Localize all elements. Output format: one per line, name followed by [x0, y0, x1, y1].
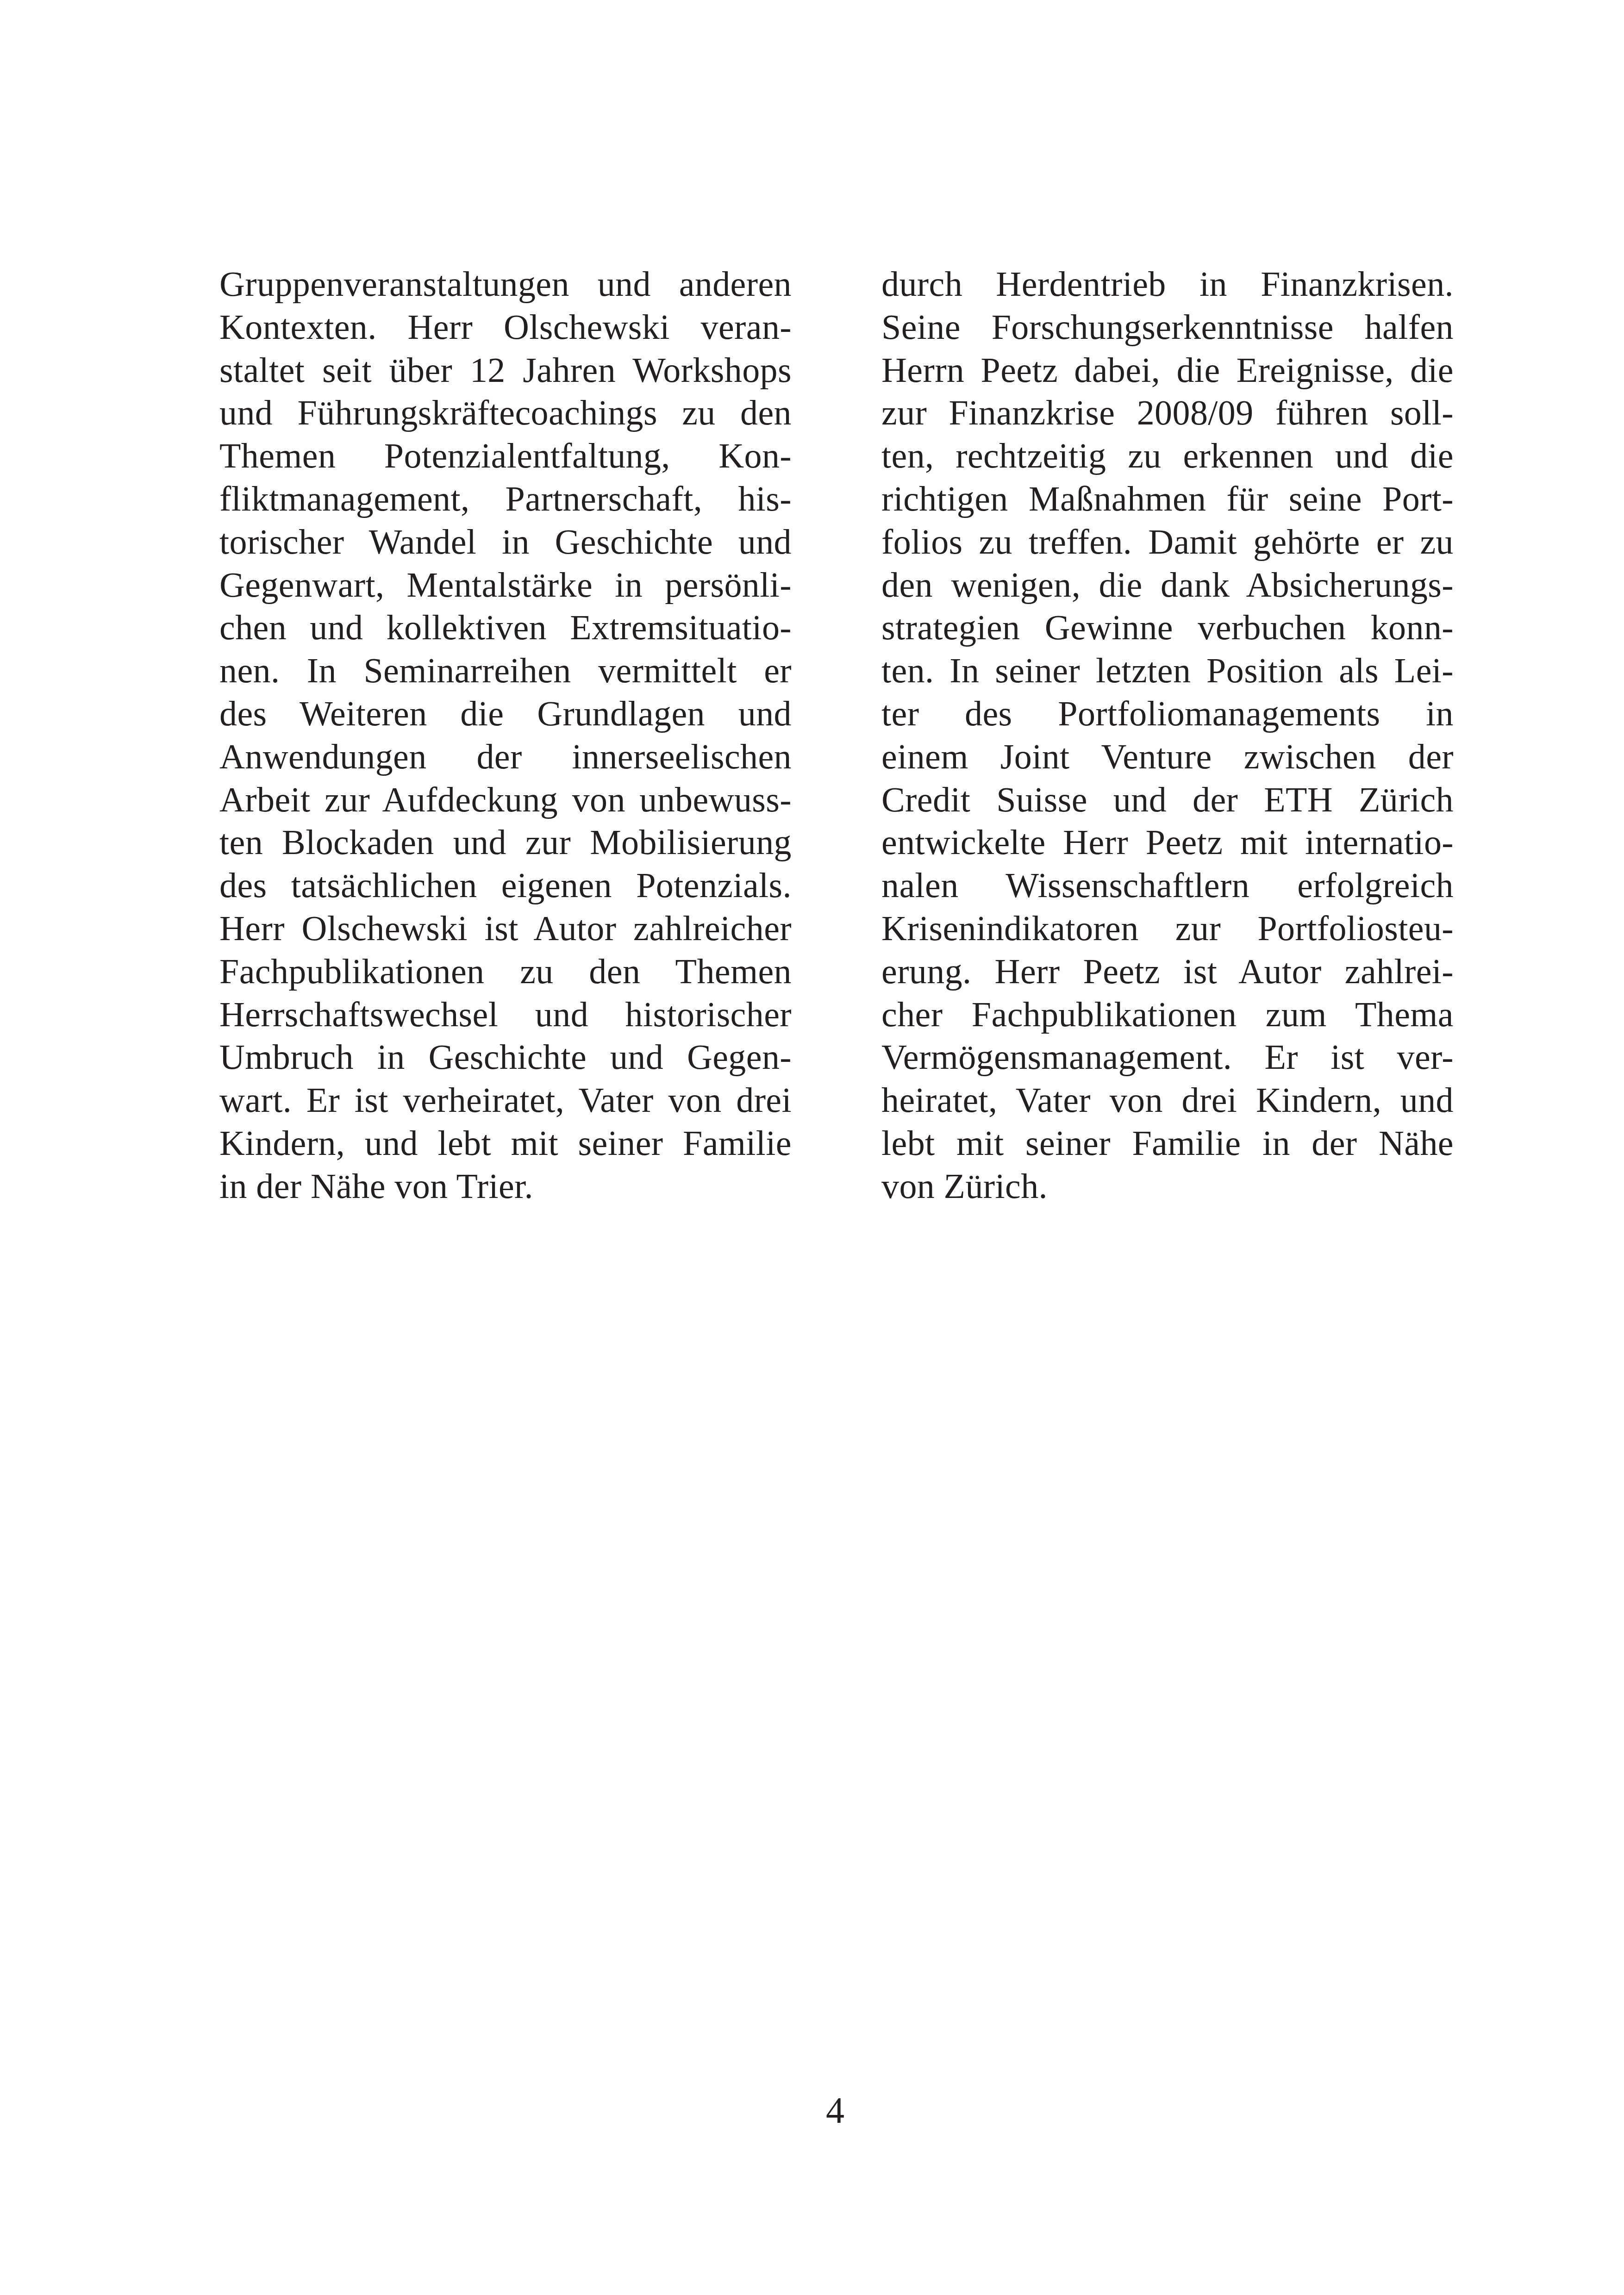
- text-line: erung. Herr Peetz ist Autor zahlrei-: [881, 950, 1454, 993]
- text-line-last: von Zürich.: [881, 1165, 1454, 1208]
- text-line: Umbruch in Geschichte und Gegen-: [219, 1036, 792, 1079]
- text-line: Herrn Peetz dabei, die Ereignisse, die: [881, 349, 1454, 392]
- text-line: Herrschaftswechsel und historischer: [219, 993, 792, 1036]
- text-line: und Führungskräftecoachings zu den: [219, 392, 792, 435]
- text-line: lebt mit seiner Familie in der Nähe: [881, 1122, 1454, 1165]
- text-line: zur Finanzkrise 2008/09 führen soll-: [881, 392, 1454, 435]
- text-line: cher Fachpublikationen zum Thema: [881, 993, 1454, 1036]
- text-line: den wenigen, die dank Absicherungs-: [881, 564, 1454, 607]
- text-line: fliktmanagement, Partnerschaft, his-: [219, 478, 792, 521]
- text-line: ten. In seiner letzten Position als Lei-: [881, 649, 1454, 692]
- text-line: Kontexten. Herr Olschewski veran-: [219, 306, 792, 349]
- text-line: nen. In Seminarreihen vermittelt er: [219, 649, 792, 692]
- text-line: Gruppenveranstaltungen und anderen: [219, 263, 792, 306]
- text-line: richtigen Maßnahmen für seine Port-: [881, 478, 1454, 521]
- text-line: strategien Gewinne verbuchen konn-: [881, 606, 1454, 649]
- text-line: Fachpublikationen zu den Themen: [219, 950, 792, 993]
- document-page: Gruppenveranstaltungen und anderen Konte…: [0, 0, 1624, 2295]
- text-column-left: Gruppenveranstaltungen und anderen Konte…: [219, 263, 792, 1208]
- text-line: entwickelte Herr Peetz mit internatio-: [881, 821, 1454, 864]
- text-line: Anwendungen der innerseelischen: [219, 736, 792, 779]
- text-line-last: in der Nähe von Trier.: [219, 1165, 792, 1208]
- text-line: torischer Wandel in Geschichte und: [219, 521, 792, 564]
- text-line: Credit Suisse und der ETH Zürich: [881, 779, 1454, 822]
- text-line: des Weiteren die Grundlagen und: [219, 692, 792, 736]
- text-line: Herr Olschewski ist Autor zahlreicher: [219, 907, 792, 950]
- text-line: Arbeit zur Aufdeckung von unbewuss-: [219, 779, 792, 822]
- text-line: ten, rechtzeitig zu erkennen und die: [881, 435, 1454, 478]
- text-line: staltet seit über 12 Jahren Workshops: [219, 349, 792, 392]
- text-line: chen und kollektiven Extremsituatio-: [219, 606, 792, 649]
- text-line: Themen Potenzialentfaltung, Kon-: [219, 435, 792, 478]
- text-line: Gegenwart, Mentalstärke in persönli-: [219, 564, 792, 607]
- text-column-right: durch Herdentrieb in Finanzkrisen. Seine…: [881, 263, 1454, 1208]
- text-line: durch Herdentrieb in Finanzkrisen.: [881, 263, 1454, 306]
- text-line: ter des Portfoliomanagements in: [881, 692, 1454, 736]
- text-line: des tatsächlichen eigenen Potenzials.: [219, 864, 792, 907]
- page-number: 4: [0, 2088, 1624, 2134]
- text-line: ten Blockaden und zur Mobilisierung: [219, 821, 792, 864]
- text-line: nalen Wissenschaftlern erfolgreich: [881, 864, 1454, 907]
- text-line: heiratet, Vater von drei Kindern, und: [881, 1079, 1454, 1122]
- text-line: Vermögensmanagement. Er ist ver-: [881, 1036, 1454, 1079]
- text-line: wart. Er ist verheiratet, Vater von drei: [219, 1079, 792, 1122]
- text-line: einem Joint Venture zwischen der: [881, 736, 1454, 779]
- text-line: Krisenindikatoren zur Portfoliosteu-: [881, 907, 1454, 950]
- text-line: Kindern, und lebt mit seiner Familie: [219, 1122, 792, 1165]
- text-line: folios zu treffen. Damit gehörte er zu: [881, 521, 1454, 564]
- text-line: Seine Forschungserkenntnisse halfen: [881, 306, 1454, 349]
